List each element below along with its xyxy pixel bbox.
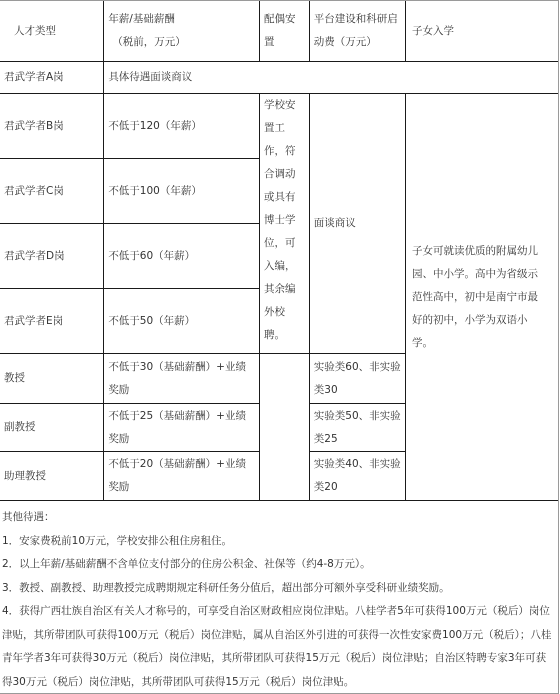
header-salary: 年薪/基础薪酬 （税前，万元） [104, 1, 260, 62]
talent-type-cell: 助理教授 [0, 452, 104, 501]
talent-type-cell: 君武学者C岗 [0, 159, 104, 224]
header-salary-line1: 年薪/基础薪酬 [108, 8, 255, 31]
talent-type-cell: 教授 [0, 354, 104, 404]
talent-type-cell: 副教授 [0, 404, 104, 452]
salary-cell: 不低于25（基础薪酬）+业绩奖励 [104, 404, 260, 452]
platform-funds-cell: 面谈商议 [309, 94, 405, 354]
talent-type-cell: 君武学者A岗 [0, 62, 104, 94]
salary-cell: 不低于30（基础薪酬）+业绩奖励 [104, 354, 260, 404]
salary-cell: 不低于60（年薪） [104, 224, 260, 289]
talent-type-cell: 君武学者E岗 [0, 289, 104, 354]
salary-cell: 不低于100（年薪） [104, 159, 260, 224]
benefit-item: 4．获得广西壮族自治区有关人才称号的，可享受自治区财政相应岗位津贴。八桂学者5年… [2, 600, 554, 694]
row-a-merged-cell: 具体待遇面谈商议 [104, 62, 558, 94]
salary-cell: 不低于120（年薪） [104, 94, 260, 159]
benefit-item: 2．以上年薪/基础薪酬不含单位支付部分的住房公积金、社保等（约4-8万元）。 [2, 553, 554, 577]
header-talent-type: 人才类型 [0, 1, 104, 62]
benefit-item: 1．安家费税前10万元，学校安排公租住房租住。 [2, 530, 554, 554]
talent-type-cell: 君武学者B岗 [0, 94, 104, 159]
spouse-placement-cell: 学校安置工作，符合调动或具有博士学位，可入编，其余编外校聘。 [260, 94, 310, 354]
header-salary-line2: （税前，万元） [108, 31, 255, 54]
benefit-item: 3．教授、副教授、助理教授完成聘期规定科研任务分值后，超出部分可额外享受科研业绩… [2, 577, 554, 601]
children-education-cell: 子女可就读优质的附属幼儿园、中小学。高中为省级示范性高中，初中是南宁市最好的初中… [406, 94, 559, 501]
other-benefits-title: 其他待遇： [2, 506, 554, 530]
talent-benefits-table: 人才类型 年薪/基础薪酬 （税前，万元） 配偶安置 平台建设和科研启动费（万元）… [0, 1, 558, 501]
header-platform-funds: 平台建设和科研启动费（万元） [309, 1, 405, 62]
platform-funds-cell: 实验类40、非实验类20 [309, 452, 405, 501]
spouse-placement-empty-cell [260, 354, 310, 501]
salary-cell: 不低于50（年薪） [104, 289, 260, 354]
talent-type-cell: 君武学者D岗 [0, 224, 104, 289]
header-spouse: 配偶安置 [260, 1, 310, 62]
table-row: 君武学者A岗 具体待遇面谈商议 [0, 62, 558, 94]
salary-cell: 不低于20（基础薪酬）+业绩奖励 [104, 452, 260, 501]
platform-funds-cell: 实验类60、非实验类30 [309, 354, 405, 404]
other-benefits-section: 其他待遇： 1．安家费税前10万元，学校安排公租住房租住。 2．以上年薪/基础薪… [2, 506, 554, 694]
table-row: 君武学者B岗 不低于120（年薪） 学校安置工作，符合调动或具有博士学位，可入编… [0, 94, 558, 159]
platform-funds-cell: 实验类50、非实验类25 [309, 404, 405, 452]
header-children: 子女入学 [406, 1, 559, 62]
table-header-row: 人才类型 年薪/基础薪酬 （税前，万元） 配偶安置 平台建设和科研启动费（万元）… [0, 1, 558, 62]
